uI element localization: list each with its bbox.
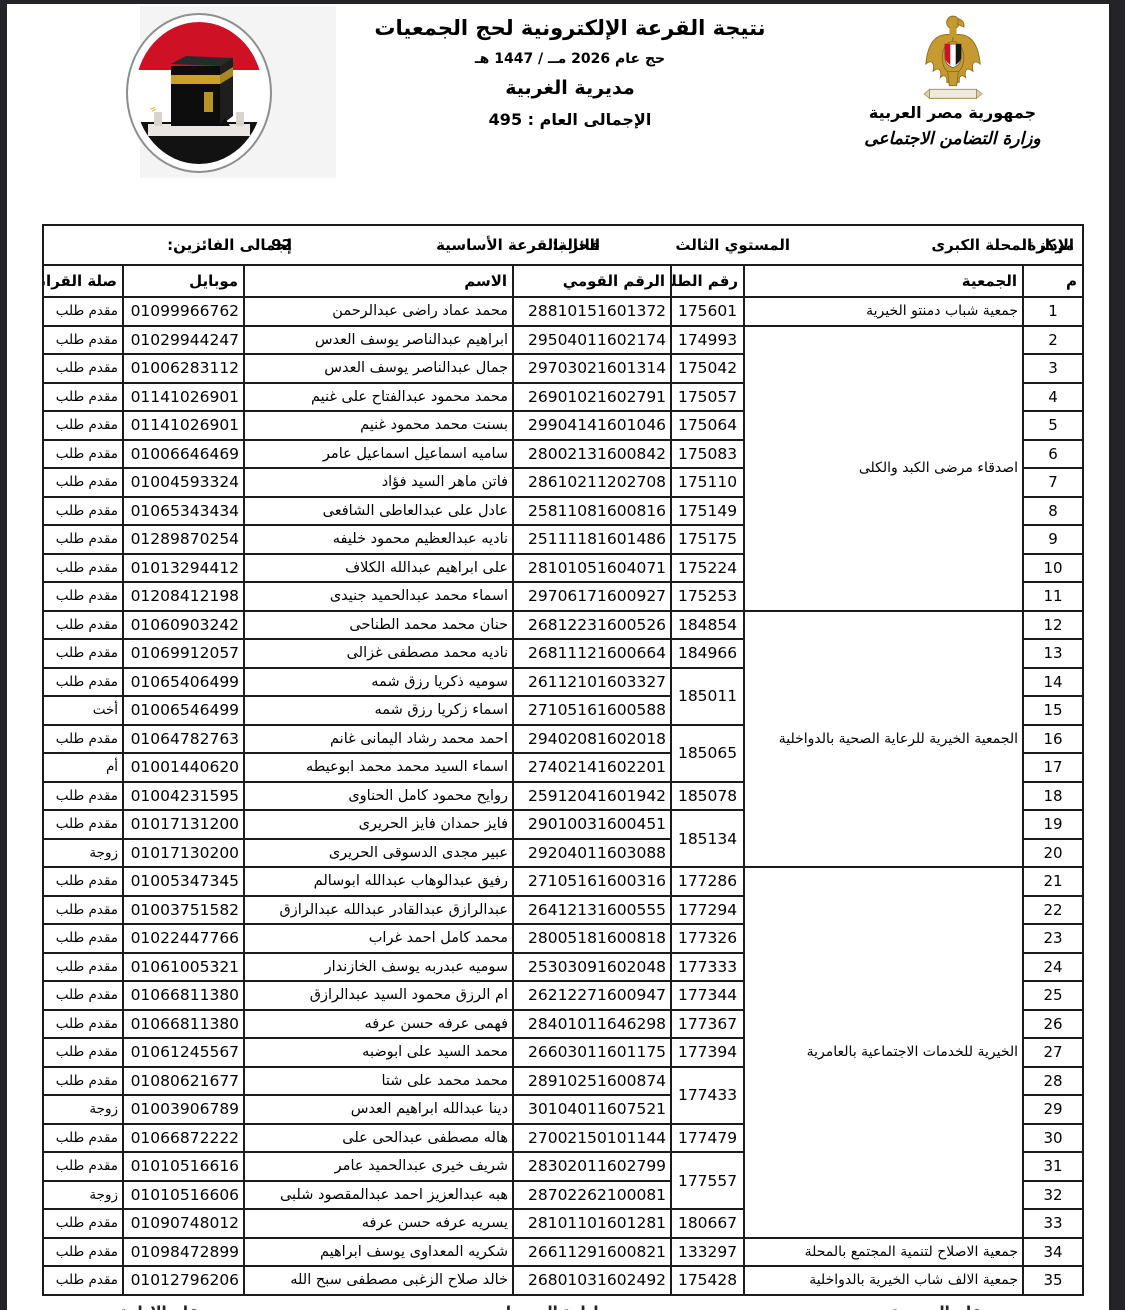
name-cell: ناديه عبدالعظيم محمود خليفه bbox=[244, 525, 513, 554]
relation-cell: مقدم طلب bbox=[43, 810, 123, 839]
national-id-cell: 29904141601046 bbox=[513, 411, 671, 440]
national-id-cell: 29204011603088 bbox=[513, 839, 671, 868]
row-number-cell: 19 bbox=[1023, 810, 1083, 839]
request-number-cell: 177344 bbox=[671, 981, 744, 1010]
relation-cell: أخت bbox=[43, 696, 123, 725]
national-id-cell: 26412131600555 bbox=[513, 896, 671, 925]
request-number-cell: 177394 bbox=[671, 1038, 744, 1067]
relation-cell: مقدم طلب bbox=[43, 1152, 123, 1181]
col-header-national-id: الرقم القومي bbox=[513, 265, 671, 297]
relation-cell: مقدم طلب bbox=[43, 1238, 123, 1267]
mobile-cell: 01005347345 bbox=[123, 867, 244, 896]
scan-edge-top bbox=[0, 0, 1125, 4]
mobile-cell: 01066811380 bbox=[123, 1010, 244, 1039]
table-meta-cell: الإدارة: مركز المحلة الكبرى المستوي الثا… bbox=[43, 225, 1083, 265]
row-number-cell: 3 bbox=[1023, 354, 1083, 383]
relation-cell: مقدم طلب bbox=[43, 924, 123, 953]
name-cell: شكريه المعداوى يوسف ابراهيم bbox=[244, 1238, 513, 1267]
name-cell: عبير مجدى الدسوقى الحريرى bbox=[244, 839, 513, 868]
signature-line-clipped: مدير عام المديرية مدير إدارة الجمعيات مد… bbox=[120, 1299, 1020, 1310]
row-number-cell: 18 bbox=[1023, 782, 1083, 811]
national-id-cell: 26811121600664 bbox=[513, 639, 671, 668]
name-cell: سوميه عبدربه يوسف الخازندار bbox=[244, 953, 513, 982]
request-number-cell: 175042 bbox=[671, 354, 744, 383]
row-number-cell: 32 bbox=[1023, 1181, 1083, 1210]
name-cell: فهمى عرفه حسن عرفه bbox=[244, 1010, 513, 1039]
mobile-cell: 01066811380 bbox=[123, 981, 244, 1010]
relation-cell: مقدم طلب bbox=[43, 383, 123, 412]
name-cell: هاله مصطفى عبدالحى على bbox=[244, 1124, 513, 1153]
table-row: 12الجمعية الخيرية للرعاية الصحية بالدواخ… bbox=[43, 611, 1083, 640]
mobile-cell: 01013294412 bbox=[123, 554, 244, 583]
relation-cell: مقدم طلب bbox=[43, 639, 123, 668]
results-table: الإدارة: مركز المحلة الكبرى المستوي الثا… bbox=[42, 224, 1084, 1296]
mobile-cell: 01066872222 bbox=[123, 1124, 244, 1153]
association-cell: جمعية الاصلاح لتنمية المجتمع بالمحلة bbox=[744, 1238, 1023, 1267]
hajj-ministry-logo-icon: وزارة التضامن الاجتماعى المؤسسة القومية … bbox=[124, 12, 274, 174]
national-id-cell: 27105161600316 bbox=[513, 867, 671, 896]
national-id-cell: 30104011607521 bbox=[513, 1095, 671, 1124]
request-number-cell: 175149 bbox=[671, 497, 744, 526]
row-number-cell: 14 bbox=[1023, 668, 1083, 697]
national-id-cell: 28610211202708 bbox=[513, 468, 671, 497]
request-number-cell: 175175 bbox=[671, 525, 744, 554]
request-number-cell: 175601 bbox=[671, 297, 744, 326]
national-id-cell: 28302011602799 bbox=[513, 1152, 671, 1181]
scan-edge-left bbox=[0, 0, 7, 1310]
col-header-association: الجمعية bbox=[744, 265, 1023, 297]
name-cell: على ابراهيم عبدالله الكلاف bbox=[244, 554, 513, 583]
name-cell: روايح محمود كامل الحناوى bbox=[244, 782, 513, 811]
request-number-cell: 185078 bbox=[671, 782, 744, 811]
request-number-cell: 175083 bbox=[671, 440, 744, 469]
col-header-relation: صلة القرابه bbox=[43, 265, 123, 297]
row-number-cell: 27 bbox=[1023, 1038, 1083, 1067]
table-row: 1جمعية شباب دمنتو الخيرية175601288101516… bbox=[43, 297, 1083, 326]
relation-cell: زوجة bbox=[43, 839, 123, 868]
national-id-cell: 28101101601281 bbox=[513, 1209, 671, 1238]
row-number-cell: 7 bbox=[1023, 468, 1083, 497]
results-table-body: 1جمعية شباب دمنتو الخيرية175601288101516… bbox=[43, 297, 1083, 1295]
col-header-mobile: موبايل bbox=[123, 265, 244, 297]
national-id-cell: 26901021602791 bbox=[513, 383, 671, 412]
name-cell: دينا عبدالله ابراهيم العدس bbox=[244, 1095, 513, 1124]
request-number-cell: 133297 bbox=[671, 1238, 744, 1267]
national-id-cell: 29010031600451 bbox=[513, 810, 671, 839]
association-cell: جمعية الالف شاب الخيرية بالدواخلية bbox=[744, 1266, 1023, 1295]
mobile-cell: 01064782763 bbox=[123, 725, 244, 754]
name-cell: فايز حمدان فايز الحريرى bbox=[244, 810, 513, 839]
winners-total-value: 92 bbox=[271, 236, 292, 254]
mobile-cell: 01001440620 bbox=[123, 753, 244, 782]
mobile-cell: 01141026901 bbox=[123, 383, 244, 412]
mobile-cell: 01099966762 bbox=[123, 297, 244, 326]
request-number-cell: 180667 bbox=[671, 1209, 744, 1238]
signature-fragment: مدير عام المديرية bbox=[891, 1303, 1020, 1310]
mobile-cell: 01012796206 bbox=[123, 1266, 244, 1295]
request-number-cell: 175224 bbox=[671, 554, 744, 583]
national-id-cell: 26212271600947 bbox=[513, 981, 671, 1010]
relation-cell: مقدم طلب bbox=[43, 468, 123, 497]
request-number-cell: 177557 bbox=[671, 1152, 744, 1209]
association-cell: جمعية شباب دمنتو الخيرية bbox=[744, 297, 1023, 326]
national-id-cell: 26611291600821 bbox=[513, 1238, 671, 1267]
ministry-name-calligraphy: وزارة التضامن الاجتماعى bbox=[845, 129, 1060, 149]
national-id-cell: 28910251600874 bbox=[513, 1067, 671, 1096]
national-id-cell: 29703021601314 bbox=[513, 354, 671, 383]
mobile-cell: 01006283112 bbox=[123, 354, 244, 383]
row-number-cell: 28 bbox=[1023, 1067, 1083, 1096]
mobile-cell: 01065343434 bbox=[123, 497, 244, 526]
mobile-cell: 01069912057 bbox=[123, 639, 244, 668]
relation-cell: مقدم طلب bbox=[43, 582, 123, 611]
country-name: جمهورية مصر العربية bbox=[845, 103, 1060, 122]
request-number-cell: 177367 bbox=[671, 1010, 744, 1039]
row-number-cell: 21 bbox=[1023, 867, 1083, 896]
grand-total-value: 495 bbox=[489, 110, 522, 129]
mobile-cell: 01006546499 bbox=[123, 696, 244, 725]
relation-cell: مقدم طلب bbox=[43, 354, 123, 383]
request-number-cell: 177326 bbox=[671, 924, 744, 953]
row-number-cell: 25 bbox=[1023, 981, 1083, 1010]
name-cell: ناديه محمد مصطفى غزالى bbox=[244, 639, 513, 668]
name-cell: محمد محمود عبدالفتاح على غنيم bbox=[244, 383, 513, 412]
col-header-request-number: رقم الطلب bbox=[671, 265, 744, 297]
mobile-cell: 01003906789 bbox=[123, 1095, 244, 1124]
mobile-cell: 01141026901 bbox=[123, 411, 244, 440]
mobile-cell: 01080621677 bbox=[123, 1067, 244, 1096]
national-id-cell: 28005181600818 bbox=[513, 924, 671, 953]
mobile-cell: 01289870254 bbox=[123, 525, 244, 554]
national-id-cell: 28810151601372 bbox=[513, 297, 671, 326]
signature-fragment: مدير عام الإدارة bbox=[120, 1303, 237, 1310]
row-number-cell: 23 bbox=[1023, 924, 1083, 953]
mobile-cell: 01006646469 bbox=[123, 440, 244, 469]
relation-cell: زوجة bbox=[43, 1095, 123, 1124]
relation-cell: مقدم طلب bbox=[43, 554, 123, 583]
mobile-cell: 01208412198 bbox=[123, 582, 244, 611]
relation-cell: مقدم طلب bbox=[43, 1266, 123, 1295]
request-number-cell: 177294 bbox=[671, 896, 744, 925]
mobile-cell: 01017130200 bbox=[123, 839, 244, 868]
grand-total-line: الإجمالى العام : 495 bbox=[345, 110, 795, 129]
name-cell: اسماء السيد محمد محمد ابوعيطه bbox=[244, 753, 513, 782]
name-cell: اسماء محمد عبدالحميد جنيدى bbox=[244, 582, 513, 611]
request-number-cell: 177479 bbox=[671, 1124, 744, 1153]
relation-cell: مقدم طلب bbox=[43, 782, 123, 811]
request-number-cell: 184854 bbox=[671, 611, 744, 640]
row-number-cell: 20 bbox=[1023, 839, 1083, 868]
association-cell: الجمعية الخيرية للرعاية الصحية بالدواخلي… bbox=[744, 611, 1023, 868]
association-cell: الخيرية للخدمات الاجتماعية بالعامرية bbox=[744, 867, 1023, 1238]
name-cell: شريف خيرى عبدالحميد عامر bbox=[244, 1152, 513, 1181]
row-number-cell: 8 bbox=[1023, 497, 1083, 526]
table-row: 2اصدقاء مرضى الكبد والكلى174993295040116… bbox=[43, 326, 1083, 355]
national-id-cell: 28401011646298 bbox=[513, 1010, 671, 1039]
name-cell: رفيق عبدالوهاب عبدالله ابوسالم bbox=[244, 867, 513, 896]
mobile-cell: 01029944247 bbox=[123, 326, 244, 355]
name-cell: هبه عبدالعزيز احمد عبدالمقصود شلبى bbox=[244, 1181, 513, 1210]
row-number-cell: 17 bbox=[1023, 753, 1083, 782]
relation-cell: مقدم طلب bbox=[43, 1038, 123, 1067]
row-number-cell: 33 bbox=[1023, 1209, 1083, 1238]
table-row: 34جمعية الاصلاح لتنمية المجتمع بالمحلة13… bbox=[43, 1238, 1083, 1267]
row-number-cell: 11 bbox=[1023, 582, 1083, 611]
name-cell: خالد صلاح الزغبى مصطفى سبح الله bbox=[244, 1266, 513, 1295]
scan-edge-right bbox=[1109, 0, 1125, 1310]
name-cell: فاتن ماهر السيد فؤاد bbox=[244, 468, 513, 497]
name-cell: حنان محمد محمد الطناحى bbox=[244, 611, 513, 640]
grand-total-label: الإجمالى العام : bbox=[528, 110, 652, 129]
request-number-cell: 185011 bbox=[671, 668, 744, 725]
page-title: نتيجة القرعة الإلكترونية لحج الجمعيات bbox=[345, 16, 795, 40]
administration-value: مركز المحلة الكبرى bbox=[931, 236, 1074, 254]
row-number-cell: 29 bbox=[1023, 1095, 1083, 1124]
request-number-cell: 175057 bbox=[671, 383, 744, 412]
name-cell: عبدالرازق عبدالقادر عبدالله عبدالرازق bbox=[244, 896, 513, 925]
request-number-cell: 174993 bbox=[671, 326, 744, 355]
relation-cell: مقدم طلب bbox=[43, 297, 123, 326]
row-number-cell: 35 bbox=[1023, 1266, 1083, 1295]
row-number-cell: 12 bbox=[1023, 611, 1083, 640]
request-number-cell: 177286 bbox=[671, 867, 744, 896]
request-number-cell: 175064 bbox=[671, 411, 744, 440]
relation-cell: مقدم طلب bbox=[43, 1010, 123, 1039]
request-number-cell: 175428 bbox=[671, 1266, 744, 1295]
table-meta-row: الإدارة: مركز المحلة الكبرى المستوي الثا… bbox=[43, 225, 1083, 265]
mobile-cell: 01065406499 bbox=[123, 668, 244, 697]
name-cell: اسماء زكريا رزق شمه bbox=[244, 696, 513, 725]
national-id-cell: 25811081600816 bbox=[513, 497, 671, 526]
request-number-cell: 177433 bbox=[671, 1067, 744, 1124]
name-cell: سوميه ذكريا رزق شمه bbox=[244, 668, 513, 697]
request-number-cell: 185065 bbox=[671, 725, 744, 782]
national-id-cell: 25111181601486 bbox=[513, 525, 671, 554]
name-cell: بسنت محمد محمود غنيم bbox=[244, 411, 513, 440]
mobile-cell: 01010516616 bbox=[123, 1152, 244, 1181]
row-number-cell: 34 bbox=[1023, 1238, 1083, 1267]
row-number-cell: 24 bbox=[1023, 953, 1083, 982]
national-id-cell: 27105161600588 bbox=[513, 696, 671, 725]
government-block: جمهورية مصر العربية وزارة التضامن الاجتم… bbox=[845, 8, 1060, 149]
row-number-cell: 10 bbox=[1023, 554, 1083, 583]
relation-cell: زوجة bbox=[43, 1181, 123, 1210]
relation-cell: أم bbox=[43, 753, 123, 782]
column-header-row: مالجمعيةرقم الطلبالرقم القوميالاسمموبايل… bbox=[43, 265, 1083, 297]
directorate-name: مديرية الغربية bbox=[345, 77, 795, 99]
name-cell: ابراهيم عبدالناصر يوسف العدس bbox=[244, 326, 513, 355]
relation-cell: مقدم طلب bbox=[43, 981, 123, 1010]
hajj-year-line: حج عام 2026 مــ / 1447 هـ bbox=[345, 51, 795, 67]
relation-cell: مقدم طلب bbox=[43, 326, 123, 355]
name-cell: محمد محمد على شتا bbox=[244, 1067, 513, 1096]
relation-cell: مقدم طلب bbox=[43, 867, 123, 896]
col-header-name: الاسم bbox=[244, 265, 513, 297]
relation-cell: مقدم طلب bbox=[43, 668, 123, 697]
national-id-cell: 25912041601942 bbox=[513, 782, 671, 811]
row-number-cell: 9 bbox=[1023, 525, 1083, 554]
name-cell: يسريه عرفه حسن عرفه bbox=[244, 1209, 513, 1238]
national-id-cell: 27402141602201 bbox=[513, 753, 671, 782]
mobile-cell: 01010516606 bbox=[123, 1181, 244, 1210]
national-id-cell: 28702262100081 bbox=[513, 1181, 671, 1210]
signature-fragment: مدير إدارة الجمعيات bbox=[491, 1303, 637, 1310]
row-number-cell: 13 bbox=[1023, 639, 1083, 668]
mobile-cell: 01017131200 bbox=[123, 810, 244, 839]
relation-cell: مقدم طلب bbox=[43, 525, 123, 554]
relation-cell: مقدم طلب bbox=[43, 611, 123, 640]
mobile-cell: 01061005321 bbox=[123, 953, 244, 982]
row-number-cell: 26 bbox=[1023, 1010, 1083, 1039]
row-number-cell: 5 bbox=[1023, 411, 1083, 440]
national-id-cell: 29504011602174 bbox=[513, 326, 671, 355]
request-number-cell: 175110 bbox=[671, 468, 744, 497]
table-row: 35جمعية الالف شاب الخيرية بالدواخلية1754… bbox=[43, 1266, 1083, 1295]
relation-cell: مقدم طلب bbox=[43, 953, 123, 982]
national-id-cell: 28101051604071 bbox=[513, 554, 671, 583]
document-header: نتيجة القرعة الإلكترونية لحج الجمعيات حج… bbox=[345, 16, 795, 129]
association-cell: اصدقاء مرضى الكبد والكلى bbox=[744, 326, 1023, 611]
row-number-cell: 6 bbox=[1023, 440, 1083, 469]
request-number-cell: 184966 bbox=[671, 639, 744, 668]
relation-cell: مقدم طلب bbox=[43, 896, 123, 925]
mobile-cell: 01098472899 bbox=[123, 1238, 244, 1267]
row-number-cell: 22 bbox=[1023, 896, 1083, 925]
relation-cell: مقدم طلب bbox=[43, 440, 123, 469]
request-number-cell: 175253 bbox=[671, 582, 744, 611]
row-number-cell: 15 bbox=[1023, 696, 1083, 725]
national-id-cell: 26801031602492 bbox=[513, 1266, 671, 1295]
relation-cell: مقدم طلب bbox=[43, 1124, 123, 1153]
request-number-cell: 177333 bbox=[671, 953, 744, 982]
national-id-cell: 25303091602048 bbox=[513, 953, 671, 982]
relation-cell: مقدم طلب bbox=[43, 725, 123, 754]
row-number-cell: 2 bbox=[1023, 326, 1083, 355]
name-cell: محمد عماد راضى عبدالرحمن bbox=[244, 297, 513, 326]
national-id-cell: 26112101603327 bbox=[513, 668, 671, 697]
mobile-cell: 01004231595 bbox=[123, 782, 244, 811]
table-row: 21الخيرية للخدمات الاجتماعية بالعامرية17… bbox=[43, 867, 1083, 896]
name-cell: جمال عبدالناصر يوسف العدس bbox=[244, 354, 513, 383]
mobile-cell: 01004593324 bbox=[123, 468, 244, 497]
national-id-cell: 26812231600526 bbox=[513, 611, 671, 640]
name-cell: ام الرزق محمود السيد عبدالرازق bbox=[244, 981, 513, 1010]
mobile-cell: 01003751582 bbox=[123, 896, 244, 925]
mobile-cell: 01061245567 bbox=[123, 1038, 244, 1067]
row-number-cell: 1 bbox=[1023, 297, 1083, 326]
relation-cell: مقدم طلب bbox=[43, 1067, 123, 1096]
relation-cell: مقدم طلب bbox=[43, 411, 123, 440]
national-id-cell: 29706171600927 bbox=[513, 582, 671, 611]
row-number-cell: 30 bbox=[1023, 1124, 1083, 1153]
name-cell: محمد كامل احمد غراب bbox=[244, 924, 513, 953]
mobile-cell: 01060903242 bbox=[123, 611, 244, 640]
row-number-cell: 31 bbox=[1023, 1152, 1083, 1181]
name-cell: ساميه اسماعيل اسماعيل عامر bbox=[244, 440, 513, 469]
mobile-cell: 01090748012 bbox=[123, 1209, 244, 1238]
national-id-cell: 26603011601175 bbox=[513, 1038, 671, 1067]
national-id-cell: 29402081602018 bbox=[513, 725, 671, 754]
mobile-cell: 01022447766 bbox=[123, 924, 244, 953]
national-id-cell: 27002150101144 bbox=[513, 1124, 671, 1153]
status-value: فائز بالقرعة الأساسية bbox=[436, 236, 600, 254]
row-number-cell: 16 bbox=[1023, 725, 1083, 754]
level-field: المستوي الثالث bbox=[675, 236, 790, 254]
relation-cell: مقدم طلب bbox=[43, 1209, 123, 1238]
name-cell: احمد محمد رشاد اليمانى غانم bbox=[244, 725, 513, 754]
national-id-cell: 28002131600842 bbox=[513, 440, 671, 469]
name-cell: محمد السيد على ابوضبه bbox=[244, 1038, 513, 1067]
name-cell: عادل على عبدالعاطى الشافعى bbox=[244, 497, 513, 526]
relation-cell: مقدم طلب bbox=[43, 497, 123, 526]
egypt-eagle-emblem-icon bbox=[916, 8, 990, 102]
request-number-cell: 185134 bbox=[671, 810, 744, 867]
row-number-cell: 4 bbox=[1023, 383, 1083, 412]
col-header-serial: م bbox=[1023, 265, 1083, 297]
